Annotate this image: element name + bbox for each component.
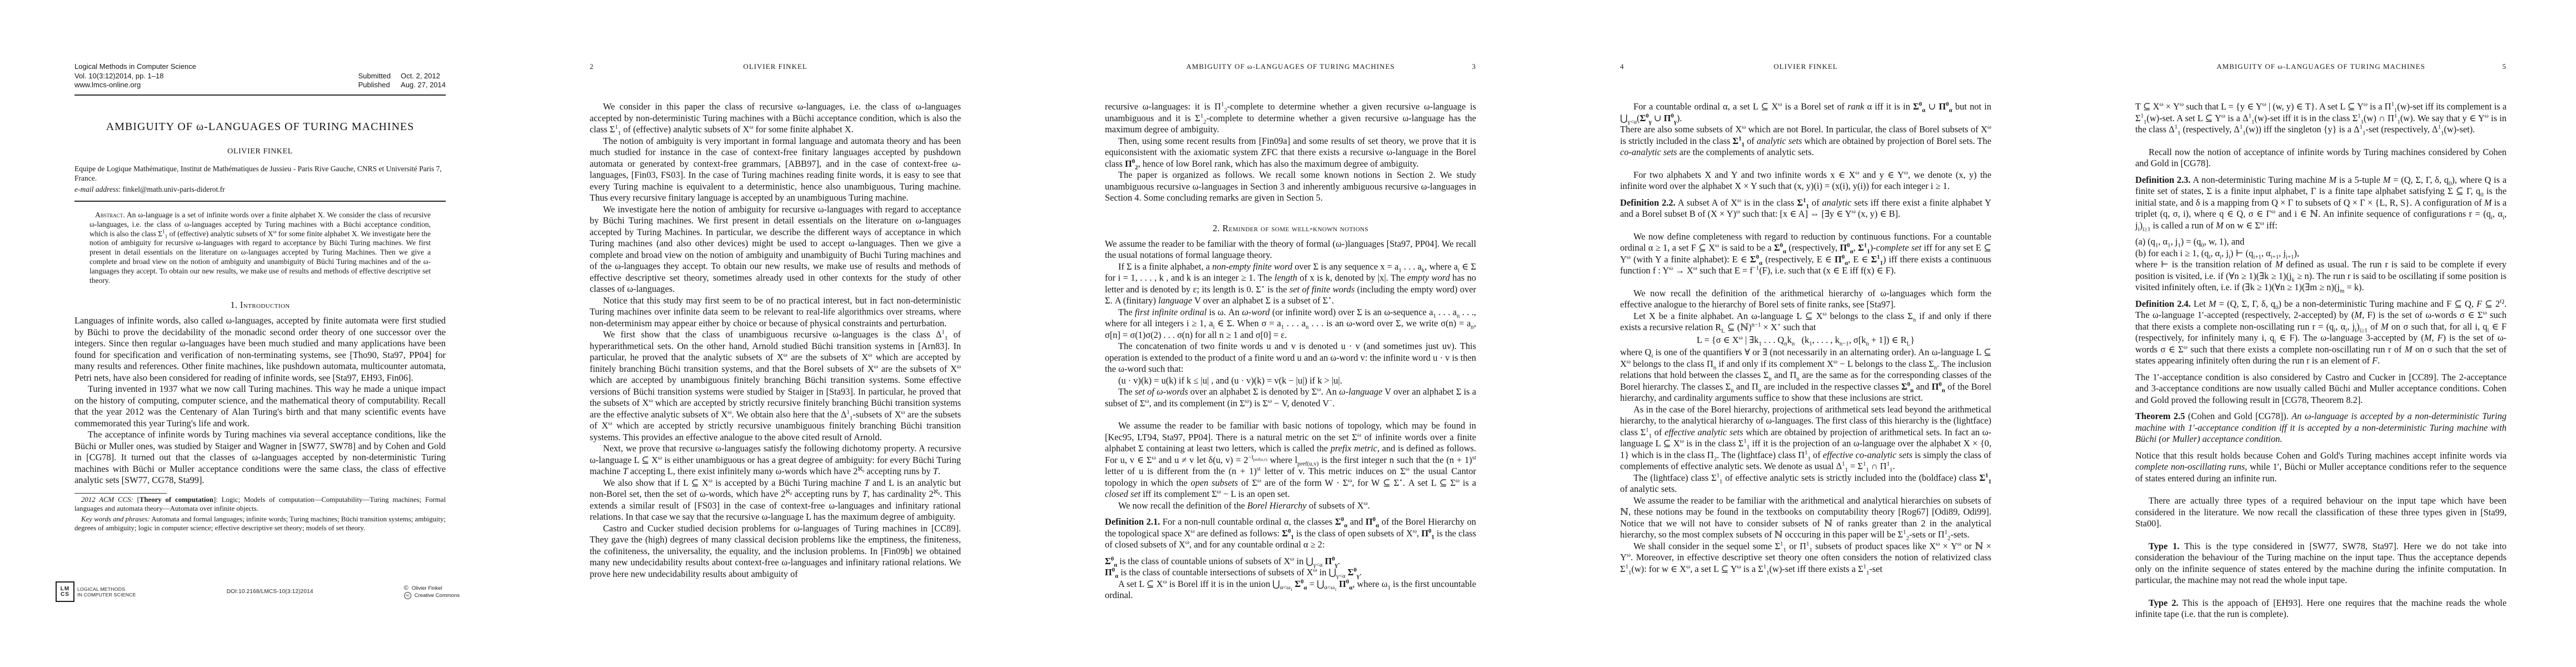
doi: DOI:10.2168/LMCS-10(3:12)2014	[227, 589, 313, 595]
page-number: 3	[1443, 62, 1476, 71]
lmcs-logo-icon: LM CS	[56, 581, 74, 602]
paragraph: The (lightface) class Σ11 of effective a…	[1620, 472, 1991, 495]
page-number: 5	[2473, 62, 2507, 71]
license-name: Creative Commons	[415, 592, 460, 599]
paragraph-type-1: Type 1. This is the type considered in […	[2135, 541, 2507, 586]
theorem-2-5: Theorem 2.5 (Cohen and Gold [CG78]). An …	[2135, 411, 2507, 445]
paragraph: Notice that this result holds because Co…	[2135, 450, 2507, 485]
paragraph: We assume the reader to be familiar with…	[1620, 495, 1991, 541]
copyright-icon: ©	[404, 585, 408, 591]
footnote-keywords: Key words and phrases: Automata and form…	[74, 515, 446, 532]
paragraph: We assume the reader to be familiar with…	[1105, 420, 1476, 500]
journal-name: Logical Methods in Computer Science	[74, 62, 196, 72]
paragraph: We now define completeness with regard t…	[1620, 231, 1991, 277]
paragraph: The first infinite ordinal is ω. An ω-wo…	[1105, 307, 1476, 341]
lmcs-text-line1: LOGICAL METHODS	[77, 586, 136, 592]
submitted-date: Oct. 2, 2012	[401, 72, 446, 81]
paragraph: We consider in this paper the class of r…	[590, 101, 961, 136]
footnote-rule	[74, 493, 167, 494]
running-title: AMBIGUITY OF ω-LANGUAGES OF TURING MACHI…	[2169, 62, 2473, 71]
paragraph: The set of ω-words over an alphabet Σ is…	[1105, 386, 1476, 409]
paragraph: The acceptance of infinite words by Turi…	[74, 429, 446, 486]
page-number: 4	[1620, 62, 1653, 71]
paragraph-type-2: Type 2. This is the appoach of [EH93]. H…	[2135, 598, 2507, 620]
running-title: AMBIGUITY OF ω-LANGUAGES OF TURING MACHI…	[1138, 62, 1443, 71]
formula: (u · v)(k) = u(k) if k ≤ |u| , and (u · …	[1105, 375, 1476, 387]
running-head: AMBIGUITY OF ω-LANGUAGES OF TURING MACHI…	[2135, 0, 2507, 71]
definition-2-4: Definition 2.4. Let M = (Q, Σ, Γ, δ, q0)…	[2135, 298, 2507, 367]
copyright-holder: Olivier Finkel	[412, 585, 442, 592]
paragraph: We now recall the definition of the arit…	[1620, 288, 1991, 311]
creative-commons-icon: cc	[404, 592, 411, 599]
title-rule	[74, 201, 446, 202]
abstract: Abstract. An ω-language is a set of infi…	[74, 211, 446, 285]
paragraph: recursive ω-languages: it is Π12-complet…	[1105, 101, 1476, 136]
paragraph: We first show that the class of unambigu…	[590, 329, 961, 443]
lmcs-brand: LM CS LOGICAL METHODS IN COMPUTER SCIENC…	[56, 581, 136, 602]
header-rule	[74, 94, 446, 96]
page-1: Logical Methods in Computer Science Vol.…	[0, 0, 515, 667]
paragraph: For a countable ordinal α, a set L ⊆ Xω …	[1620, 101, 1991, 124]
paragraph: We investigate here the notion of ambigu…	[590, 204, 961, 295]
published-label: Published	[358, 81, 391, 90]
email-address: e-mail address: finkel@math.univ-paris-d…	[74, 185, 446, 195]
paper-title: AMBIGUITY OF ω-LANGUAGES OF TURING MACHI…	[74, 120, 446, 133]
paragraph: A set L ⊆ Xω is Borel iff it is in the u…	[1105, 579, 1476, 601]
affiliation: Equipe de Logique Mathématique, Institut…	[74, 164, 446, 183]
paragraph: Recall now the notion of acceptance of i…	[2135, 147, 2507, 170]
formula: Π0α is the class of countable intersecti…	[1105, 567, 1476, 579]
paragraph: T ⊆ Xω × Yω such that L = {y ∈ Yω | (w, …	[2135, 101, 2507, 136]
paragraph: Next, we prove that recursive ω-language…	[590, 443, 961, 477]
author-name: OLIVIER FINKEL	[74, 147, 446, 156]
paragraph: We now recall the definition of the Bore…	[1105, 500, 1476, 512]
running-author: OLIVIER FINKEL	[1653, 62, 1958, 71]
running-head: 2 OLIVIER FINKEL	[590, 0, 961, 71]
paragraph: We assume the reader to be familiar with…	[1105, 238, 1476, 261]
paragraph: The notion of ambiguity is very importan…	[590, 136, 961, 204]
paragraph: We shall consider in the sequel some Σ11…	[1620, 541, 1991, 575]
paragraph: Then, using some recent results from [Fi…	[1105, 136, 1476, 170]
paragraph: If Σ is a finite alphabet, a non-empty f…	[1105, 261, 1476, 307]
formula: Σ0α is the class of countable unions of …	[1105, 556, 1476, 568]
page-4: 4 OLIVIER FINKEL For a countable ordinal…	[1546, 0, 2061, 667]
paragraph: where ⊢ is the transition relation of M …	[2135, 259, 2507, 293]
paragraph: The paper is organized as follows. We re…	[1105, 170, 1476, 204]
list-item-b: (b) for each i ≥ 1, (qi, αi, ji) ⊢ (qi+1…	[2135, 248, 2507, 260]
submission-dates: Submitted Oct. 2, 2012 Published Aug. 27…	[358, 72, 446, 90]
paragraph: There are actually three types of a requ…	[2135, 495, 2507, 530]
page-footer: LM CS LOGICAL METHODS IN COMPUTER SCIENC…	[56, 581, 460, 602]
definition-2-3: Definition 2.3. A non-deterministic Turi…	[2135, 175, 2507, 232]
journal-volume: Vol. 10(3:12)2014, pp. 1–18	[74, 72, 196, 81]
lmcs-logo-top: LM	[61, 586, 69, 592]
published-date: Aug. 27, 2014	[401, 81, 446, 90]
page-5: AMBIGUITY OF ω-LANGUAGES OF TURING MACHI…	[2061, 0, 2576, 667]
page-2: 2 OLIVIER FINKEL We consider in this pap…	[515, 0, 1030, 667]
lmcs-logo-bottom: CS	[61, 592, 69, 598]
abstract-label: Abstract.	[95, 211, 125, 219]
running-head: AMBIGUITY OF ω-LANGUAGES OF TURING MACHI…	[1105, 0, 1476, 71]
submitted-label: Submitted	[358, 72, 391, 81]
definition-2-2: Definition 2.2. A subset A of Xω is in t…	[1620, 197, 1991, 220]
formula: L = {σ ∈ Xω | ∃k1 . . . Qnkn (k1, . . . …	[1620, 335, 1991, 346]
page-number: 2	[590, 62, 623, 71]
section-heading-reminder: 2. Reminder of some well-known notions	[1105, 223, 1476, 234]
paragraph: As in the case of the Borel hierarchy, p…	[1620, 404, 1991, 472]
paragraph: Notice that this study may first seem to…	[590, 295, 961, 330]
paragraph: There are also some subsets of Xω which …	[1620, 124, 1991, 158]
abstract-text: An ω-language is a set of infinite words…	[89, 211, 431, 285]
paragraph: Castro and Cucker studied decision probl…	[590, 523, 961, 580]
paragraph: We also show that if L ⊆ Xω is accepted …	[590, 477, 961, 523]
list-item-a: (a) (q1, α1, j1) = (q0, w, 1), and	[2135, 236, 2507, 248]
journal-url: www.lmcs-online.org	[74, 81, 196, 90]
paragraph: Let X be a finite alphabet. An ω-languag…	[1620, 311, 1991, 333]
section-heading-introduction: 1. Introduction	[74, 300, 446, 311]
paragraph: The concatenation of two finite words u …	[1105, 341, 1476, 375]
footnote-acm-ccs: 2012 ACM CCS: [Theory of computation]: L…	[74, 495, 446, 513]
definition-2-1: Definition 2.1. For a non-null countable…	[1105, 516, 1476, 551]
running-head: 4 OLIVIER FINKEL	[1620, 0, 1991, 71]
paper-spread: Logical Methods in Computer Science Vol.…	[0, 0, 2576, 667]
lmcs-logo-text: LOGICAL METHODS IN COMPUTER SCIENCE	[77, 586, 136, 598]
paragraph: For two alphabets X and Y and two infini…	[1620, 170, 1991, 192]
journal-masthead: Logical Methods in Computer Science Vol.…	[74, 0, 446, 90]
license-block: © Olivier Finkel cc Creative Commons	[404, 585, 460, 599]
paragraph: The 1′-acceptance condition is also cons…	[2135, 372, 2507, 406]
page-3: AMBIGUITY OF ω-LANGUAGES OF TURING MACHI…	[1030, 0, 1546, 667]
paragraph: where Qi is one of the quantifiers ∀ or …	[1620, 347, 1991, 404]
paragraph: Turing invented in 1937 what we now call…	[74, 384, 446, 429]
paragraph: Languages of infinite words, also called…	[74, 315, 446, 384]
running-author: OLIVIER FINKEL	[623, 62, 928, 71]
lmcs-text-line2: IN COMPUTER SCIENCE	[77, 592, 136, 598]
